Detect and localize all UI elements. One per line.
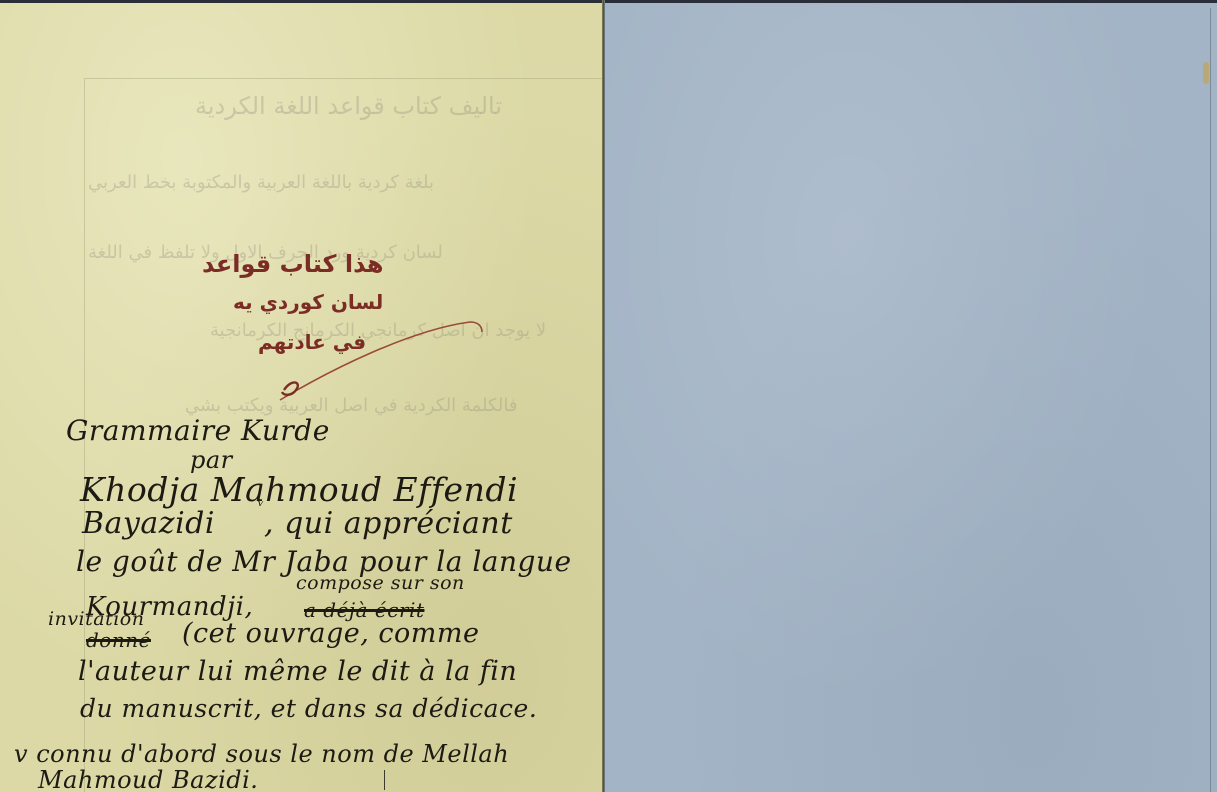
footnote-line-2: Mahmoud Bazidi. xyxy=(38,766,258,792)
manuscript-spread: تاليف كتاب قواعد اللغة الكردية بلغة كردي… xyxy=(0,0,1217,792)
top-edge-shadow xyxy=(0,0,605,3)
insertion-compose-sur-son: compose sur son xyxy=(296,572,465,594)
author-name: Khodja Mahmoud Effendi xyxy=(80,470,518,509)
insertion-invitation: invitation xyxy=(48,608,144,630)
binding-gutter xyxy=(602,0,605,792)
bleed-through-line: بلغة كردية باللغة العربية والمكتوبة بخط … xyxy=(88,172,434,193)
title-grammaire-kurde: Grammaire Kurde xyxy=(66,414,330,447)
text-line-du-manuscrit: du manuscrit, et dans sa dédicace. xyxy=(80,694,537,723)
author-surname: Bayazidi xyxy=(82,506,215,541)
edge-stain xyxy=(1203,62,1209,84)
top-edge-shadow xyxy=(605,0,1217,3)
footnote-line-1: v connu d'abord sous le nom de Mellah xyxy=(14,740,509,768)
right-page-blank-endpaper xyxy=(605,0,1217,792)
left-page: تاليف كتاب قواعد اللغة الكردية بلغة كردي… xyxy=(0,0,605,792)
bleed-through-line: تاليف كتاب قواعد اللغة الكردية xyxy=(195,92,502,120)
text-line-cet-ouvrage: (cet ouvrage, comme xyxy=(182,618,479,649)
text-line-qui-appreciant: , qui appréciant xyxy=(264,506,513,541)
pencil-mark xyxy=(384,770,385,790)
arabic-heading-line-1: هذا كتاب قواعد xyxy=(202,250,384,278)
page-edge-line xyxy=(1210,8,1211,792)
text-line-lauteur: l'auteur lui même le dit à la fin xyxy=(78,656,517,687)
flourish-stroke xyxy=(270,310,490,410)
struck-text: donné xyxy=(86,628,151,652)
